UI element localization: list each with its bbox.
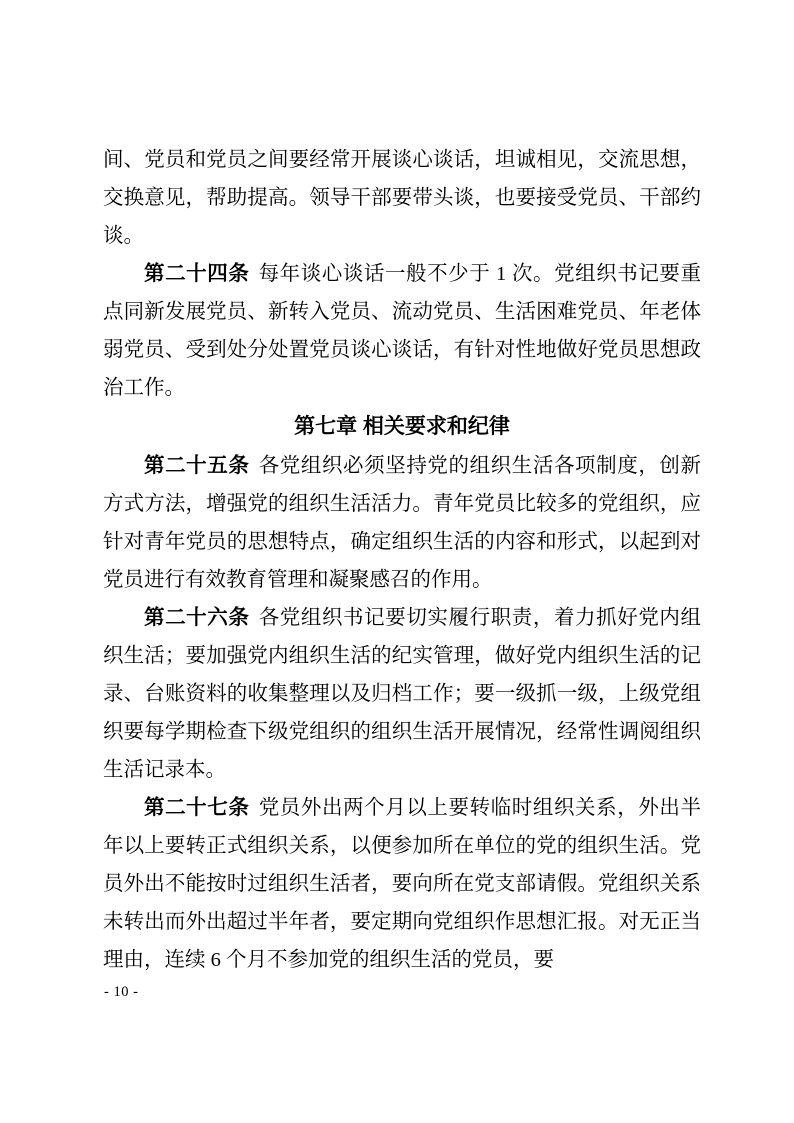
- article-27-text: 党员外出两个月以上要转临时组织关系，外出半年以上要转正式组织关系，以便参加所在单…: [103, 797, 701, 971]
- page-number: - 10 -: [104, 984, 138, 1001]
- paragraph-article-25: 第二十五条各党组织必须坚持党的组织生活各项制度，创新方式方法，增强党的组织生活活…: [103, 447, 701, 599]
- page-content: 间、党员和党员之间要经常开展谈心谈话，坦诚相见，交流思想，交换意见，帮助提高。领…: [103, 141, 701, 979]
- article-25-label: 第二十五条: [144, 455, 249, 477]
- article-24-label: 第二十四条: [144, 263, 249, 285]
- paragraph-continuation: 间、党员和党员之间要经常开展谈心谈话，坦诚相见，交流思想，交换意见，帮助提高。领…: [103, 141, 701, 255]
- paragraph-article-27: 第二十七条党员外出两个月以上要转临时组织关系，外出半年以上要转正式组织关系，以便…: [103, 789, 701, 979]
- paragraph-article-26: 第二十六条各党组织书记要切实履行职责，着力抓好党内组织生活；要加强党内组织生活的…: [103, 599, 701, 789]
- document-page: 间、党员和党员之间要经常开展谈心谈话，坦诚相见，交流思想，交换意见，帮助提高。领…: [0, 0, 794, 1123]
- article-26-label: 第二十六条: [144, 607, 249, 629]
- paragraph-article-24: 第二十四条每年谈心谈话一般不少于 1 次。党组织书记要重点同新发展党员、新转入党…: [103, 255, 701, 407]
- article-27-label: 第二十七条: [144, 797, 249, 819]
- article-26-text: 各党组织书记要切实履行职责，着力抓好党内组织生活；要加强党内组织生活的纪实管理，…: [103, 607, 701, 781]
- chapter-heading: 第七章 相关要求和纪律: [103, 407, 701, 447]
